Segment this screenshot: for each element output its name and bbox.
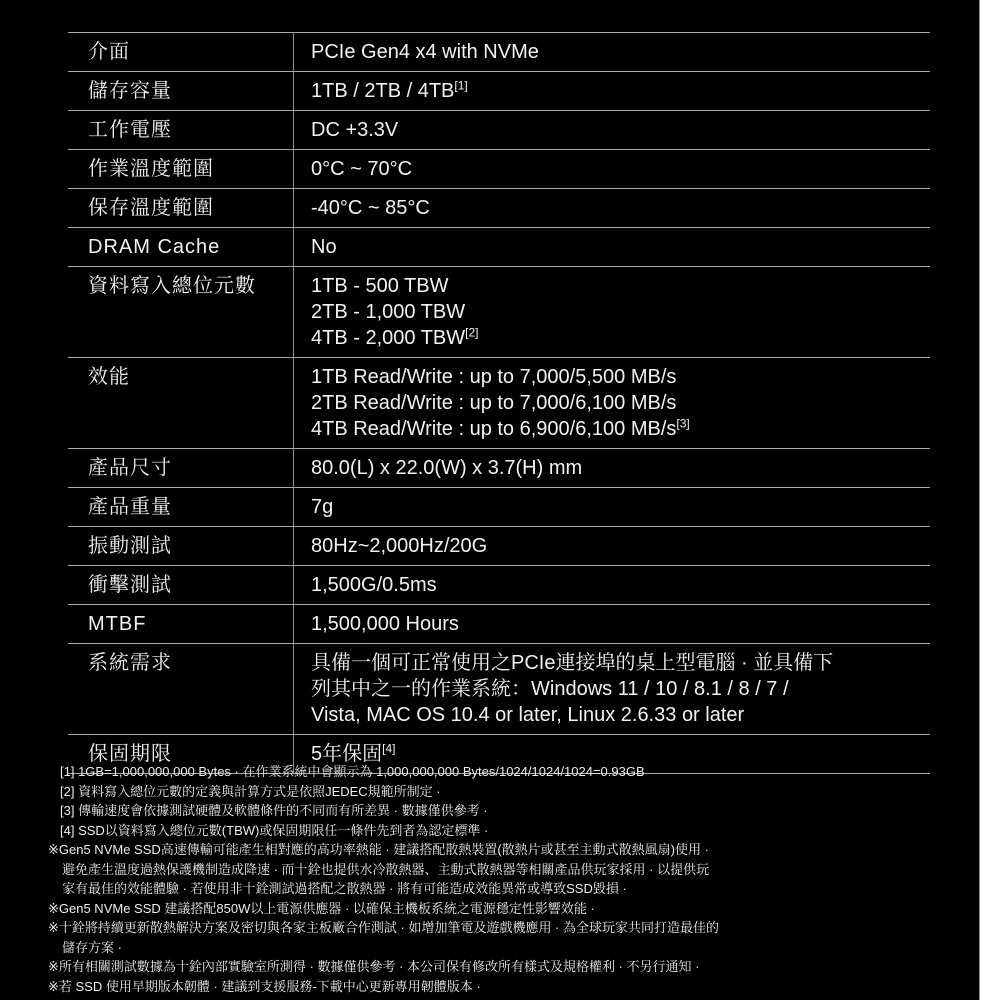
footnote-line: [1] 1GB=1,000,000,000 Bytes · 在作業系統中會顯示為…	[0, 762, 960, 782]
spec-row-label: 儲存容量	[68, 72, 294, 110]
spec-value-line: PCIe Gen4 x4 with NVMe	[311, 39, 922, 65]
spec-row-value: -40°C ~ 85°C	[294, 189, 930, 227]
spec-row-label: DRAM Cache	[68, 228, 294, 266]
spec-value-line: 7g	[311, 494, 922, 520]
spec-row-value: 1,500,000 Hours	[294, 605, 930, 643]
footnote-reference: [3]	[676, 416, 689, 430]
spec-value-line: 列其中之一的作業系統：Windows 11 / 10 / 8.1 / 8 / 7…	[311, 676, 922, 702]
spec-row-label: 系統需求	[68, 644, 294, 734]
spec-value-line: No	[311, 234, 922, 260]
spec-row-value: 80.0(L) x 22.0(W) x 3.7(H) mm	[294, 449, 930, 487]
spec-row-label: 資料寫入總位元數	[68, 267, 294, 357]
spec-row-value: 1TB Read/Write : up to 7,000/5,500 MB/s2…	[294, 358, 930, 448]
footnote-line: [3] 傳輸速度會依據測試硬體及軟體條件的不同而有所差異 · 數據僅供參考 ·	[0, 801, 960, 821]
spec-row-value: No	[294, 228, 930, 266]
footnotes-block: [1] 1GB=1,000,000,000 Bytes · 在作業系統中會顯示為…	[0, 762, 960, 996]
spec-row: 作業溫度範圍0°C ~ 70°C	[68, 149, 930, 188]
right-white-strip	[980, 0, 1000, 1000]
spec-row-value: 80Hz~2,000Hz/20G	[294, 527, 930, 565]
spec-row: 產品重量7g	[68, 487, 930, 526]
spec-row-value: 具備一個可正常使用之PCIe連接埠的桌上型電腦 · 並具備下列其中之一的作業系統…	[294, 644, 930, 734]
spec-sheet-page: 介面PCIe Gen4 x4 with NVMe儲存容量1TB / 2TB / …	[0, 0, 1000, 1000]
spec-row-label: MTBF	[68, 605, 294, 643]
spec-value-line: DC +3.3V	[311, 117, 922, 143]
spec-row: DRAM CacheNo	[68, 227, 930, 266]
spec-row: MTBF1,500,000 Hours	[68, 604, 930, 643]
spec-row-label: 衝擊測試	[68, 566, 294, 604]
spec-row-value: 1,500G/0.5ms	[294, 566, 930, 604]
spec-row-label: 作業溫度範圍	[68, 150, 294, 188]
spec-value-line: 2TB Read/Write : up to 7,000/6,100 MB/s	[311, 390, 922, 416]
spec-row-label: 保存溫度範圍	[68, 189, 294, 227]
spec-row-label: 介面	[68, 33, 294, 71]
footnote-line: ※所有相關測試數據為十銓內部實驗室所測得 · 數據僅供參考 · 本公司保有修改所…	[0, 957, 960, 977]
spec-row-value: 0°C ~ 70°C	[294, 150, 930, 188]
footnote-line: [2] 資料寫入總位元數的定義與計算方式是依照JEDEC規範所制定 ·	[0, 782, 960, 802]
footnote-line: 儲存方案 ·	[0, 938, 960, 958]
spec-row: 介面PCIe Gen4 x4 with NVMe	[68, 32, 930, 71]
spec-value-line: 4TB Read/Write : up to 6,900/6,100 MB/s[…	[311, 416, 922, 442]
footnote-line: ※若 SSD 使用早期版本韌體 · 建議到支援服務-下載中心更新專用韌體版本 ·	[0, 977, 960, 997]
spec-row-value: 1TB / 2TB / 4TB[1]	[294, 72, 930, 110]
spec-value-line: 1TB Read/Write : up to 7,000/5,500 MB/s	[311, 364, 922, 390]
spec-row-label: 產品重量	[68, 488, 294, 526]
spec-row-label: 振動測試	[68, 527, 294, 565]
spec-value-line: 1,500G/0.5ms	[311, 572, 922, 598]
footnote-reference: [2]	[465, 325, 478, 339]
footnote-reference: [4]	[382, 741, 395, 755]
spec-value-line: 4TB - 2,000 TBW[2]	[311, 325, 922, 351]
spec-value-line: Vista, MAC OS 10.4 or later, Linux 2.6.3…	[311, 702, 922, 728]
spec-value-line: 2TB - 1,000 TBW	[311, 299, 922, 325]
spec-row-label: 工作電壓	[68, 111, 294, 149]
spec-value-line: 0°C ~ 70°C	[311, 156, 922, 182]
spec-row: 振動測試80Hz~2,000Hz/20G	[68, 526, 930, 565]
spec-row-value: 7g	[294, 488, 930, 526]
spec-row: 衝擊測試1,500G/0.5ms	[68, 565, 930, 604]
footnote-line: ※Gen5 NVMe SSD 建議搭配850W以上電源供應器 · 以確保主機板系…	[0, 899, 960, 919]
spec-value-line: 1,500,000 Hours	[311, 611, 922, 637]
spec-value-line: 80Hz~2,000Hz/20G	[311, 533, 922, 559]
spec-row: 效能1TB Read/Write : up to 7,000/5,500 MB/…	[68, 357, 930, 448]
spec-value-line: -40°C ~ 85°C	[311, 195, 922, 221]
spec-row: 資料寫入總位元數1TB - 500 TBW2TB - 1,000 TBW4TB …	[68, 266, 930, 357]
spec-value-line: 1TB - 500 TBW	[311, 273, 922, 299]
spec-value-line: 1TB / 2TB / 4TB[1]	[311, 78, 922, 104]
spec-table: 介面PCIe Gen4 x4 with NVMe儲存容量1TB / 2TB / …	[68, 32, 930, 774]
spec-row-label: 效能	[68, 358, 294, 448]
spec-row: 保存溫度範圍-40°C ~ 85°C	[68, 188, 930, 227]
spec-row: 工作電壓DC +3.3V	[68, 110, 930, 149]
footnote-line: [4] SSD以資料寫入總位元數(TBW)或保固期限任一條件先到者為認定標準 ·	[0, 821, 960, 841]
spec-row-value: PCIe Gen4 x4 with NVMe	[294, 33, 930, 71]
footnote-line: 家有最佳的效能體驗 · 若使用非十銓測試過搭配之散熱器 · 將有可能造成效能異常…	[0, 879, 960, 899]
footnote-line: ※Gen5 NVMe SSD高速傳輸可能產生相對應的高功率熱能 · 建議搭配散熱…	[0, 840, 960, 860]
spec-row: 產品尺寸80.0(L) x 22.0(W) x 3.7(H) mm	[68, 448, 930, 487]
spec-row: 系統需求具備一個可正常使用之PCIe連接埠的桌上型電腦 · 並具備下列其中之一的…	[68, 643, 930, 734]
spec-value-line: 具備一個可正常使用之PCIe連接埠的桌上型電腦 · 並具備下	[311, 650, 922, 676]
footnote-reference: [1]	[454, 78, 467, 92]
spec-sheet-background: 介面PCIe Gen4 x4 with NVMe儲存容量1TB / 2TB / …	[0, 0, 980, 1000]
spec-value-line: 80.0(L) x 22.0(W) x 3.7(H) mm	[311, 455, 922, 481]
spec-row-value: DC +3.3V	[294, 111, 930, 149]
spec-row-label: 產品尺寸	[68, 449, 294, 487]
spec-row-value: 1TB - 500 TBW2TB - 1,000 TBW4TB - 2,000 …	[294, 267, 930, 357]
footnote-line: 避免產生溫度過熱保護機制造成降速 · 而十銓也提供水冷散熱器、主動式散熱器等相關…	[0, 860, 960, 880]
spec-row: 儲存容量1TB / 2TB / 4TB[1]	[68, 71, 930, 110]
footnote-line: ※十銓將持續更新散熱解決方案及密切與各家主板廠合作測試 · 如增加筆電及遊戲機應…	[0, 918, 960, 938]
